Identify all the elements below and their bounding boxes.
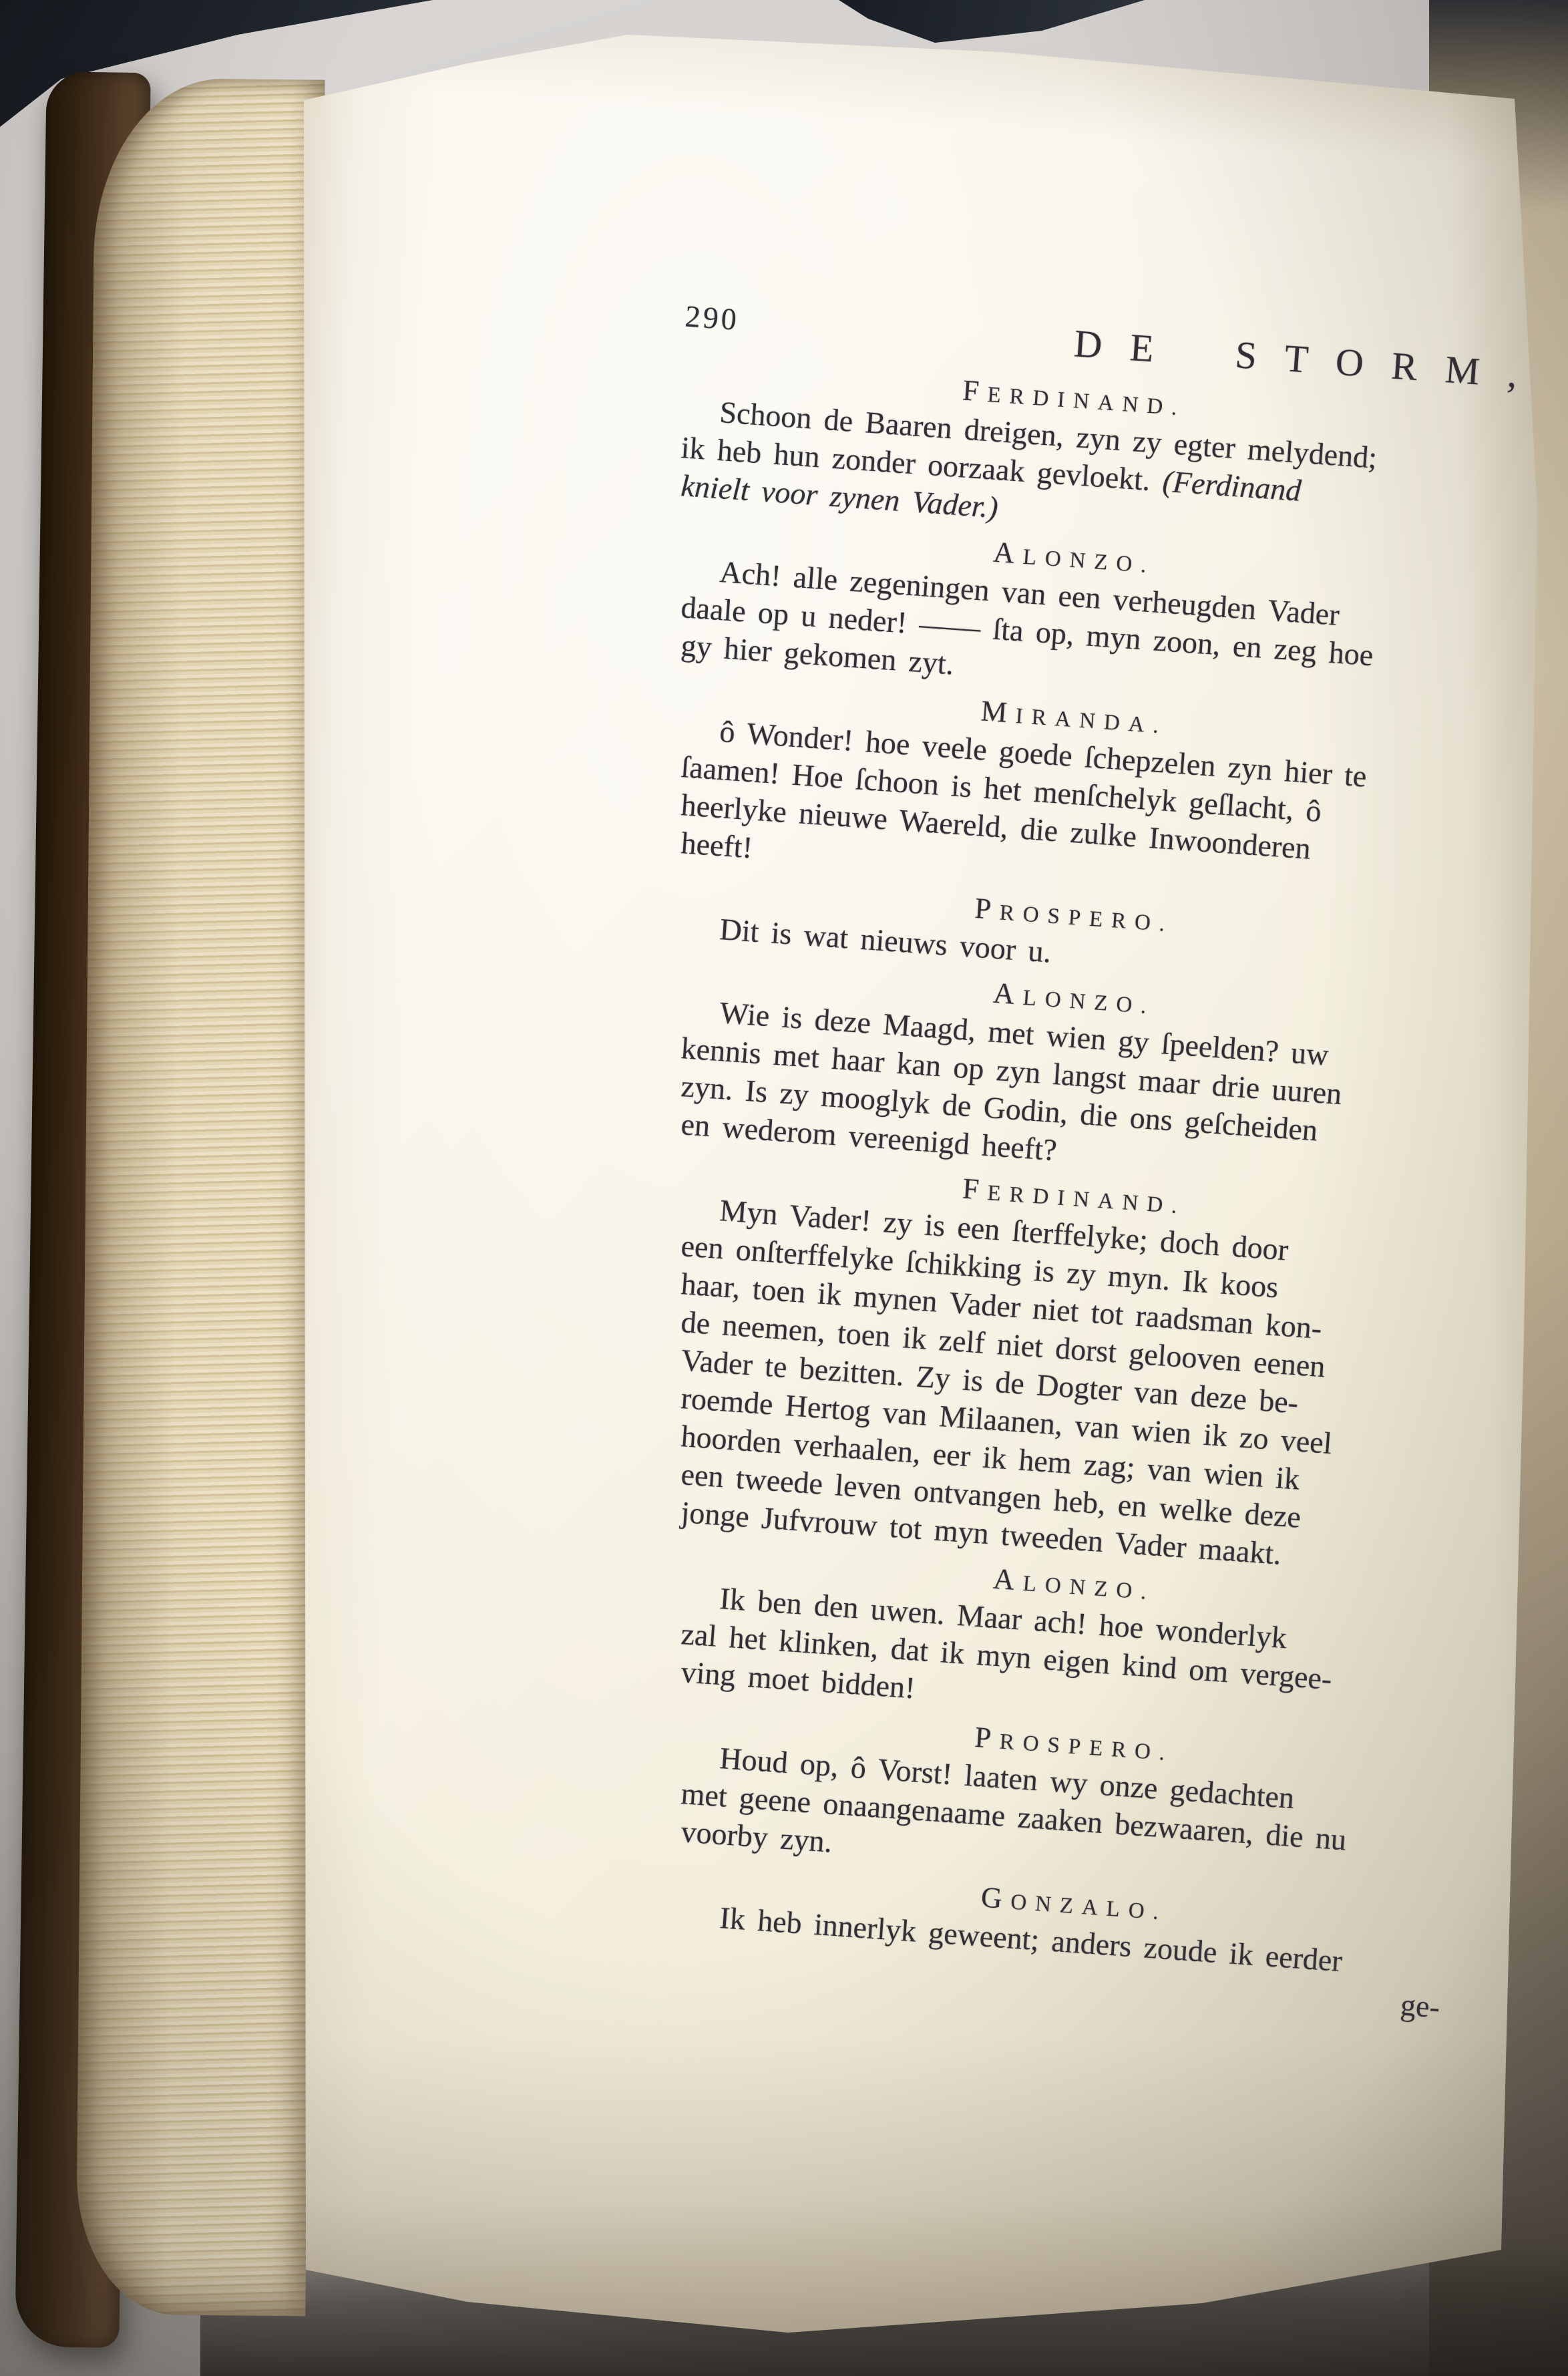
catchword: ge- (1399, 1985, 1441, 2026)
speaker-initial: A (992, 536, 1024, 570)
text-segment: heeft! (680, 826, 754, 864)
book-page: 290 DE STORM, Ferdinand.Schoon de Baaren… (294, 27, 1549, 2338)
text-segment: voorby zyn. (680, 1814, 833, 1859)
page-number: 290 (683, 288, 741, 349)
speaker-initial: G (980, 1880, 1012, 1915)
speaker-initial: A (992, 977, 1024, 1011)
speaker-initial: P (974, 1721, 1001, 1755)
speaker-rest: lonzo. (1022, 1572, 1156, 1605)
dialogue-entries: Ferdinand.Schoon de Baaren dreigen, zyn … (681, 351, 1469, 1934)
page-text: 290 DE STORM, Ferdinand.Schoon de Baaren… (681, 287, 1469, 2024)
book-photo: 290 DE STORM, Ferdinand.Schoon de Baaren… (0, 0, 1568, 2376)
speaker-initial: F (962, 1172, 989, 1206)
stacked-page-edges (75, 78, 325, 2317)
speaker-initial: F (962, 374, 989, 408)
speaker-initial: M (980, 694, 1016, 729)
speaker-rest: iranda. (1015, 704, 1169, 739)
speaker-initial: P (974, 892, 1001, 926)
speaker-rest: lonzo. (1022, 986, 1156, 1019)
speaker-initial: A (992, 1562, 1024, 1597)
speaker-rest: lonzo. (1022, 545, 1156, 578)
